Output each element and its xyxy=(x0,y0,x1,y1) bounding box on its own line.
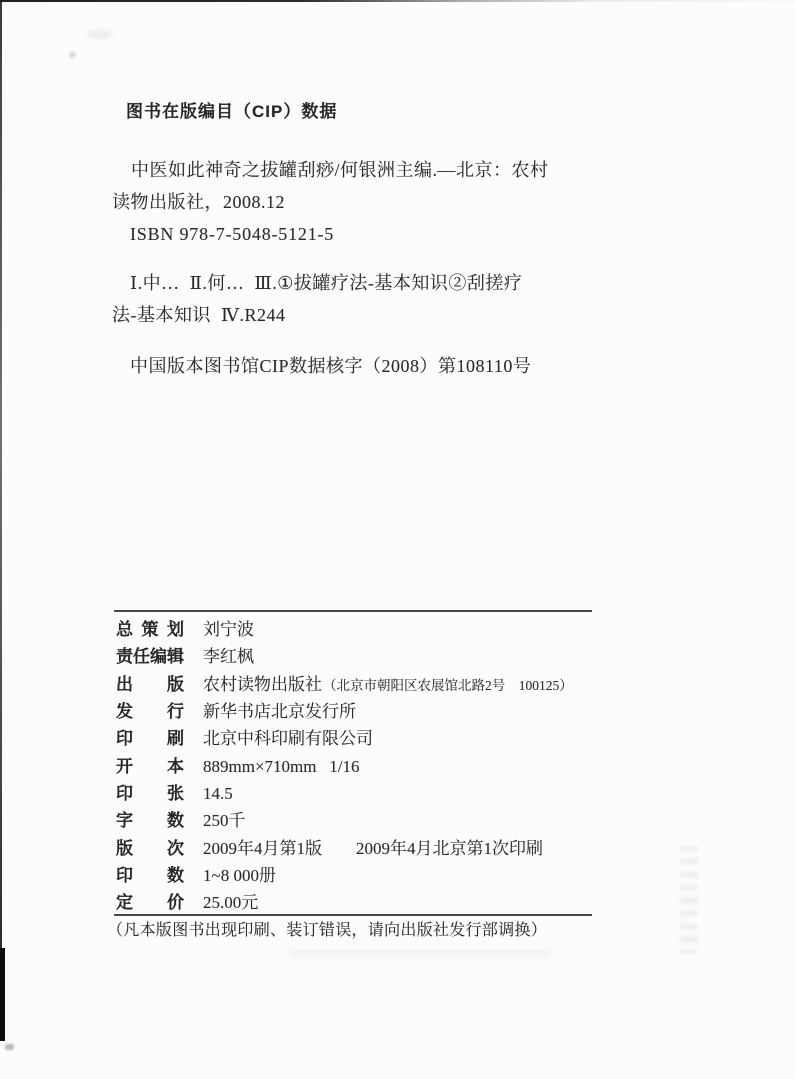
colophon-value: 刘宁波 xyxy=(203,621,254,638)
colophon-label: 字数 xyxy=(116,812,184,829)
colophon-row: 定价 25.00元 xyxy=(116,889,616,916)
scan-black-bar xyxy=(0,948,5,1041)
exchange-notice: （凡本版图书出现印刷、装订错误，请向出版社发行部调换） xyxy=(107,923,547,939)
cip-title-line-1: 中医如此神奇之拔罐刮痧/何银洲主编.—北京：农村 xyxy=(131,161,549,179)
colophon-label: 印刷 xyxy=(116,730,184,747)
colophon-value: 李红枫 xyxy=(203,648,254,665)
colophon-label: 印数 xyxy=(116,867,184,884)
colophon-label: 责任编辑 xyxy=(116,648,184,665)
colophon-value: 2009年4月第1版 2009年4月北京第1次印刷 xyxy=(203,840,543,857)
colophon-value: 北京中科印刷有限公司 xyxy=(203,730,373,747)
colophon-value: 25.00元 xyxy=(203,894,258,911)
colophon-label: 版次 xyxy=(116,840,184,857)
colophon-value: 889mm×710mm 1/16 xyxy=(203,758,359,775)
colophon-row: 开本 889mm×710mm 1/16 xyxy=(116,752,616,779)
colophon-value: 1~8 000册 xyxy=(203,867,276,884)
scan-speck xyxy=(5,1044,14,1050)
colophon-table: 总策划 刘宁波 责任编辑 李红枫 出版 农村读物出版社 （北京市朝阳区农展馆北路… xyxy=(116,616,616,916)
cip-title-line-2: 读物出版社，2008.12 xyxy=(112,193,285,211)
scan-edge-left xyxy=(0,0,2,950)
colophon-value: 14.5 xyxy=(203,785,233,802)
colophon-label: 出版 xyxy=(116,676,184,693)
bleed-through-ghost xyxy=(680,846,698,954)
colophon-label: 总策划 xyxy=(116,621,184,638)
colophon-row: 版次 2009年4月第1版 2009年4月北京第1次印刷 xyxy=(116,834,616,861)
bleed-through-ghost xyxy=(290,949,550,957)
colophon-row: 印张 14.5 xyxy=(116,780,616,807)
cip-isbn-line: ISBN 978-7-5048-5121-5 xyxy=(130,225,334,243)
scan-smudge xyxy=(86,30,112,39)
colophon-label: 发行 xyxy=(116,703,184,720)
colophon-label: 定价 xyxy=(116,894,184,911)
cip-class-line-2: 法-基本知识 Ⅳ.R244 xyxy=(112,306,285,324)
cip-registry-line: 中国版本图书馆CIP数据核字（2008）第108110号 xyxy=(130,357,531,375)
colophon-label: 印张 xyxy=(116,785,184,802)
colophon-row: 责任编辑 李红枫 xyxy=(116,643,616,670)
colophon-row: 印刷 北京中科印刷有限公司 xyxy=(116,725,616,752)
colophon-publisher-address: （北京市朝阳区农展馆北路2号 100125） xyxy=(323,674,573,694)
scan-edge-top xyxy=(0,0,795,2)
colophon-row: 印数 1~8 000册 xyxy=(116,862,616,889)
scan-speck xyxy=(69,52,76,58)
colophon-bottom-rule xyxy=(114,914,592,916)
colophon-value: 农村读物出版社 xyxy=(203,676,322,693)
colophon-row: 发行 新华书店北京发行所 xyxy=(116,698,616,725)
colophon-row: 出版 农村读物出版社 （北京市朝阳区农展馆北路2号 100125） xyxy=(116,671,616,698)
colophon-value: 250千 xyxy=(203,812,246,829)
colophon-value: 新华书店北京发行所 xyxy=(203,703,356,720)
colophon-label: 开本 xyxy=(116,758,184,775)
colophon-row: 字数 250千 xyxy=(116,807,616,834)
colophon-row: 总策划 刘宁波 xyxy=(116,616,616,643)
cip-class-line-1: Ⅰ.中… Ⅱ.何… Ⅲ.①拔罐疗法-基本知识②刮搓疗 xyxy=(130,274,522,292)
cip-heading: 图书在版编目（CIP）数据 xyxy=(126,103,337,120)
colophon-top-rule xyxy=(114,610,592,612)
scanned-copyright-page: 图书在版编目（CIP）数据 中医如此神奇之拔罐刮痧/何银洲主编.—北京：农村 读… xyxy=(0,0,795,1079)
